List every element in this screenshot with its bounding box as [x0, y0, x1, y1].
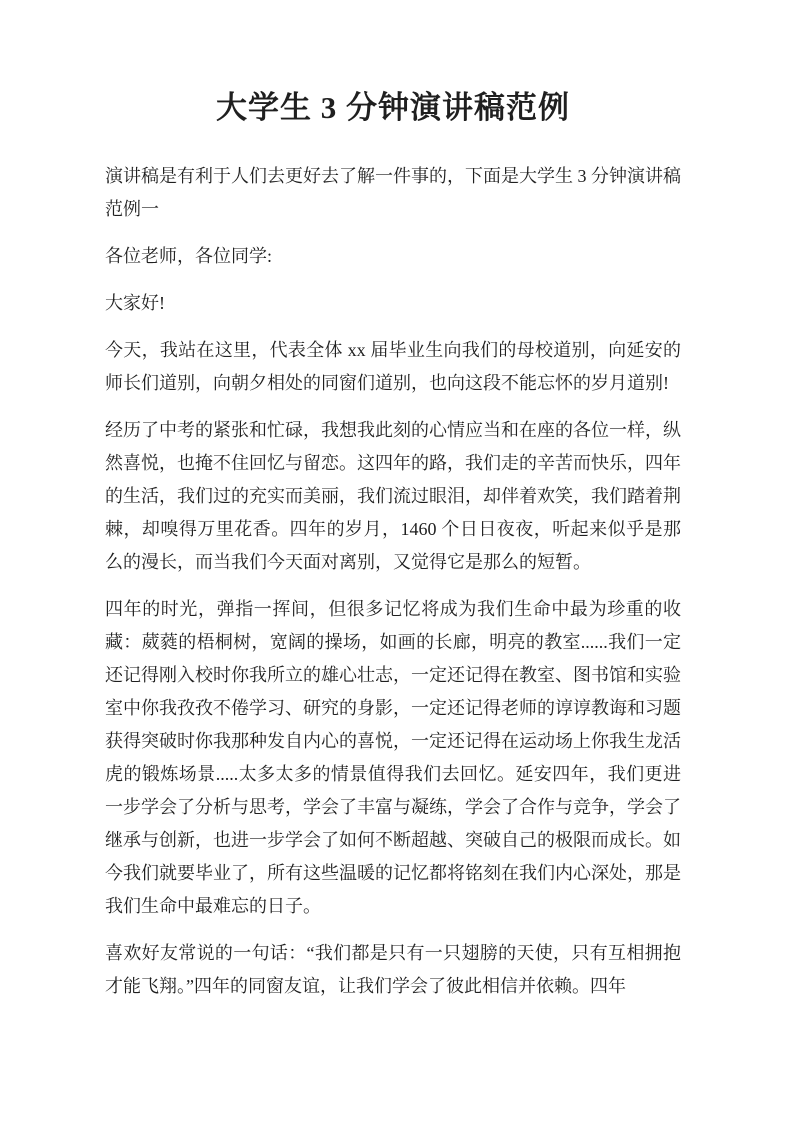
paragraph-friendship: 喜欢好友常说的一句话：“我们都是只有一只翅膀的天使，只有互相拥抱才能飞翔。”四年…: [105, 937, 681, 1003]
paragraph-greeting: 大家好!: [105, 287, 681, 320]
document-body: 演讲稿是有利于人们去更好去了解一件事的，下面是大学生 3 分钟演讲稿范例一 各位…: [105, 160, 681, 1003]
paragraph-intro: 演讲稿是有利于人们去更好去了解一件事的，下面是大学生 3 分钟演讲稿范例一: [105, 160, 681, 226]
paragraph-salutation: 各位老师，各位同学:: [105, 240, 681, 273]
paragraph-memories: 四年的时光，弹指一挥间，但很多记忆将成为我们生命中最为珍重的收藏：葳蕤的梧桐树，…: [105, 593, 681, 923]
paragraph-farewell: 今天，我站在这里，代表全体 xx 届毕业生向我们的母校道别，向延安的师长们道别，…: [105, 334, 681, 400]
paragraph-four-years: 经历了中考的紧张和忙碌，我想我此刻的心情应当和在座的各位一样，纵然喜悦，也掩不住…: [105, 414, 681, 579]
document-title: 大学生 3 分钟演讲稿范例: [105, 86, 681, 130]
document-page: 大学生 3 分钟演讲稿范例 演讲稿是有利于人们去更好去了解一件事的，下面是大学生…: [0, 0, 793, 1122]
